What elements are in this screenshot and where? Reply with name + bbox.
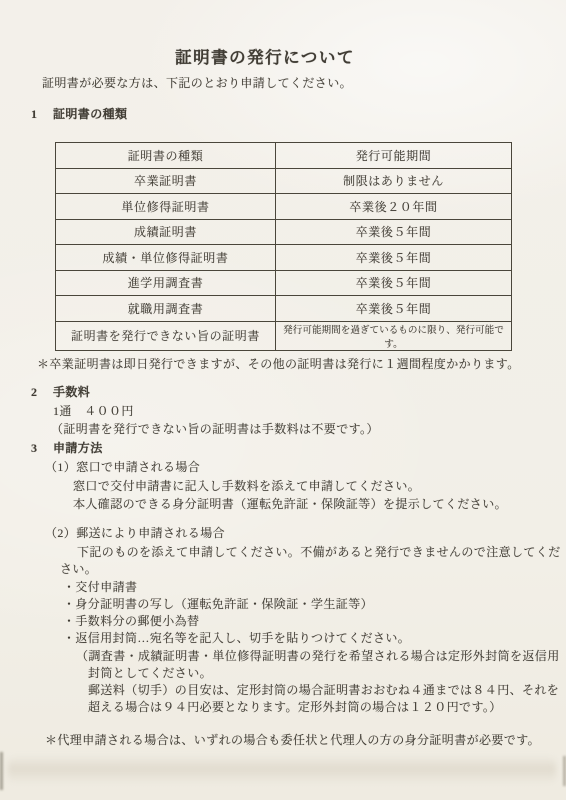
section-1-heading: 1証明書の種類 (31, 107, 127, 122)
table-footnote: ＊卒業証明書は即日発行できますが、その他の証明書は発行に１週間程度かかります。 (37, 357, 520, 372)
cert-type: 就職用調査書 (56, 296, 276, 322)
fee-exception-note: （証明書を発行できない旨の証明書は手数料は不要です。） (51, 422, 379, 437)
intro-text: 証明書が必要な方は、下記のとおり申請してください。 (42, 76, 352, 91)
table-row: 成績証明書 卒業後５年間 (56, 219, 512, 245)
cert-period: 制限はありません (276, 168, 512, 194)
scan-edge-left (0, 752, 3, 790)
section-1-number: 1 (31, 107, 53, 122)
section-3-number: 3 (31, 441, 53, 456)
section-1-title: 証明書の種類 (53, 107, 127, 121)
mail-bullet-item: ・身分証明書の写し（運転免許証・保険証・学生証等） (63, 597, 373, 612)
mail-bullet-item: ・返信用封筒…宛名等を記入し、切手を貼りつけてください。 (63, 631, 410, 646)
cert-type: 進学用調査書 (56, 270, 276, 296)
table-row: 進学用調査書 卒業後５年間 (56, 270, 512, 296)
section-2-number: 2 (31, 385, 53, 400)
table-row: 証明書を発行できない旨の証明書 発行可能期間を過ぎているものに限り、発行可能です… (56, 321, 512, 350)
cert-type: 証明書を発行できない旨の証明書 (56, 321, 276, 350)
cert-type: 成績・単位修得証明書 (56, 245, 276, 271)
window-application-label: （1）窓口で申請される場合 (45, 460, 200, 475)
mail-envelope-note-line: （調査書・成績証明書・単位修得証明書の発行を希望される場合は定形外封筒を返信用 (76, 649, 560, 664)
cert-period: 卒業後５年間 (276, 296, 512, 322)
table-row: 就職用調査書 卒業後５年間 (56, 296, 512, 322)
table-header-row: 証明書の種類 発行可能期間 (56, 143, 512, 169)
section-3-title: 申請方法 (53, 441, 103, 455)
cert-period: 発行可能期間を過ぎているものに限り、発行可能です。 (276, 321, 512, 350)
mail-postage-note-line: 超える場合は９４円必要となります。定形外封筒の場合は１２０円です。） (88, 700, 502, 715)
cert-type: 卒業証明書 (56, 168, 276, 194)
scan-shadow-band (8, 756, 556, 784)
table-row: 単位修得証明書 卒業後２０年間 (56, 194, 512, 220)
col-header-type: 証明書の種類 (56, 143, 276, 169)
col-header-period: 発行可能期間 (276, 143, 512, 169)
cert-period: 卒業後５年間 (276, 270, 512, 296)
scanned-document-page: 証明書の発行について 証明書が必要な方は、下記のとおり申請してください。 1証明… (0, 0, 566, 800)
mail-postage-note-line: 郵送料（切手）の目安は、定形封筒の場合証明書おおむね４通までは８４円、それを (88, 683, 559, 698)
mail-bullet-item: ・手数料分の郵便小為替 (63, 614, 199, 629)
mail-envelope-note-line: 封筒としてください。 (88, 666, 212, 681)
document-title: 証明書の発行について (0, 44, 530, 68)
mail-intro-line: さい。 (60, 562, 97, 577)
cert-type: 成績証明書 (56, 219, 276, 245)
cert-type: 単位修得証明書 (56, 194, 276, 220)
section-3-heading: 3申請方法 (31, 441, 103, 456)
mail-bullet-item: ・交付申請書 (63, 580, 137, 595)
certificate-table: 証明書の種類 発行可能期間 卒業証明書 制限はありません 単位修得証明書 卒業後… (55, 142, 512, 351)
mail-application-label: （2）郵送により申請される場合 (45, 526, 225, 541)
cert-period: 卒業後５年間 (276, 219, 512, 245)
window-application-line: 本人確認のできる身分証明書（運転免許証・保険証等）を提示してください。 (73, 497, 507, 512)
section-2-heading: 2手数料 (31, 385, 90, 400)
table-row: 成績・単位修得証明書 卒業後５年間 (56, 245, 512, 271)
section-2-title: 手数料 (53, 385, 90, 399)
fee-amount: 1通 ４００円 (53, 404, 134, 419)
cert-period: 卒業後５年間 (276, 245, 512, 271)
mail-intro-line: 下記のものを添えて申請してください。不備があると発行できませんので注意してくだ (77, 545, 561, 560)
window-application-line: 窓口で交付申請書に記入し手数料を添えて申請してください。 (73, 479, 420, 494)
table-row: 卒業証明書 制限はありません (56, 168, 512, 194)
proxy-footnote: ＊代理申請される場合は、いずれの場合も委任状と代理人の方の身分証明書が必要です。 (45, 733, 540, 748)
cert-period: 卒業後２０年間 (276, 194, 512, 220)
